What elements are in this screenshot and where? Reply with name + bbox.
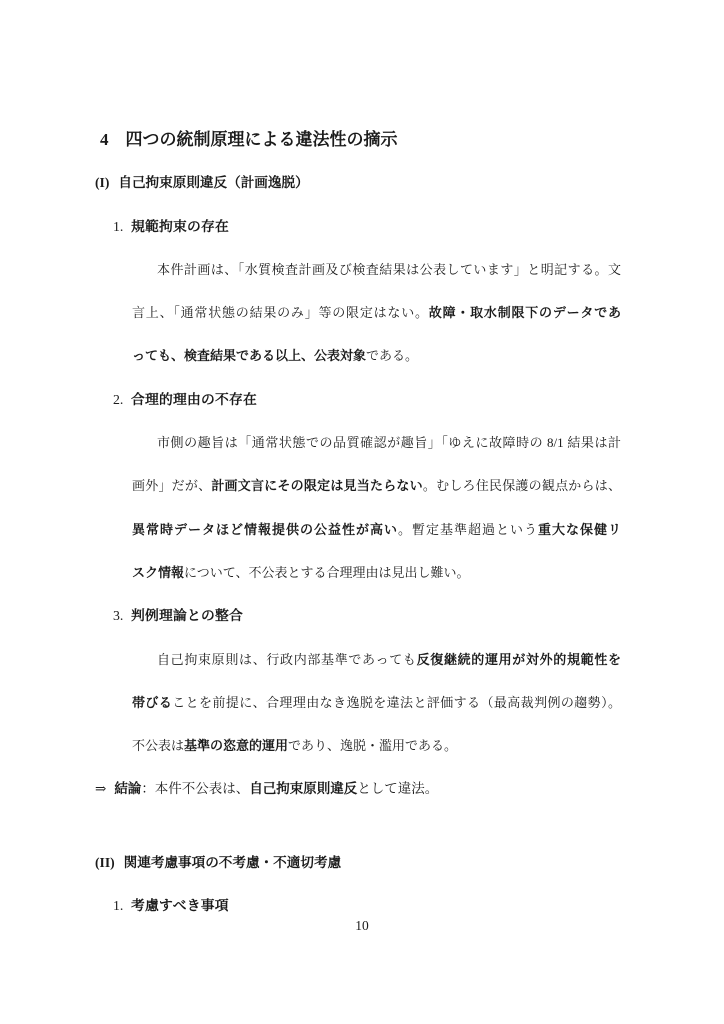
- text-segment: 4 四つの統制原理による違法性の摘示: [100, 130, 398, 149]
- list-label: (II): [95, 855, 115, 870]
- document-heading: 4 四つの統制原理による違法性の摘示: [100, 118, 724, 161]
- text-segment: 本件計画は、「水質検査計画及び検査結果は公表しています」と明記する。文: [157, 262, 621, 277]
- text-segment: 基準の恣意的運用: [184, 738, 288, 753]
- text-segment: 画外」だが、: [132, 478, 211, 493]
- text-segment: として違法。: [357, 781, 438, 796]
- text-segment: である。: [366, 348, 418, 363]
- text-segment: 考慮すべき事項: [131, 898, 229, 913]
- paragraph-line: 市側の趣旨は「通常状態での品質確認が趣旨」「ゆえに故障時の 8/1 結果は計: [132, 421, 621, 464]
- section-heading: (II)関連考慮事項の不考慮・不適切考慮: [95, 841, 724, 884]
- text-segment: 不公表は: [132, 738, 184, 753]
- text-segment: 故障・取水制限下のデータであ: [429, 305, 621, 320]
- text-segment: 判例理論との整合: [131, 608, 243, 623]
- paragraph-line: 自己拘束原則は、行政内部基準であっても反復継続的運用が対外的規範性を: [132, 638, 621, 681]
- numbered-item-heading: 3.判例理論との整合: [113, 594, 724, 637]
- paragraph-line: 本件計画は、「水質検査計画及び検査結果は公表しています」と明記する。文: [132, 248, 621, 291]
- section-heading: (I)自己拘束原則違反（計画逸脱）: [95, 161, 724, 204]
- paragraph-line: スク情報について、不公表とする合理理由は見出し難い。: [132, 551, 621, 594]
- text-segment: ：本件不公表は、: [141, 781, 249, 796]
- page-number: 10: [0, 916, 724, 936]
- text-segment: 自己拘束原則は、行政内部基準であっても: [157, 652, 417, 667]
- text-segment: について、不公表とする合理理由は見出し難い。: [184, 565, 469, 580]
- text-segment: 。むしろ住民保護の観点からは、: [423, 478, 621, 493]
- numbered-item-heading: 1.規範拘束の存在: [113, 205, 724, 248]
- paragraph-line: 異常時データほど情報提供の公益性が高い。暫定基準超過という重大な保健リ: [132, 508, 621, 551]
- text-segment: 異常時データほど情報提供の公益性が高い: [132, 522, 398, 537]
- text-segment: 自己拘束原則違反: [249, 781, 357, 796]
- text-segment: 規範拘束の存在: [131, 219, 229, 234]
- text-segment: 言上、「通常状態の結果のみ」等の限定はない。: [132, 305, 429, 320]
- text-segment: 関連考慮事項の不考慮・不適切考慮: [124, 855, 342, 870]
- text-segment: ことを前提に、合理理由なき逸脱を違法と評価する（最高裁判例の趨勢）。: [172, 695, 621, 710]
- paragraph-line: っても、検査結果である以上、公表対象である。: [132, 334, 621, 377]
- paragraph-line: 画外」だが、計画文言にその限定は見当たらない。むしろ住民保護の観点からは、: [132, 464, 621, 507]
- numbered-item-heading: 2.合理的理由の不存在: [113, 378, 724, 421]
- paragraph-line: 不公表は基準の恣意的運用であり、逸脱・濫用である。: [132, 724, 621, 767]
- text-segment: 重大な保健リ: [538, 522, 621, 537]
- text-segment: 計画文言にその限定は見当たらない: [211, 478, 423, 493]
- text-segment: 反復継続的運用が対外的規範性を: [417, 652, 621, 667]
- text-segment: スク情報: [132, 565, 184, 580]
- document-content: 4 四つの統制原理による違法性の摘示(I)自己拘束原則違反（計画逸脱）1.規範拘…: [0, 0, 724, 927]
- text-segment: 市側の趣旨は「通常状態での品質確認が趣旨」「ゆえに故障時の 8/1 結果は計: [157, 435, 621, 450]
- list-label: (I): [95, 175, 109, 190]
- list-label: 2.: [113, 378, 131, 421]
- text-segment: っても、検査結果である以上、公表対象: [132, 348, 366, 363]
- text-segment: 。暫定基準超過という: [398, 522, 538, 537]
- text-segment: 帯びる: [132, 695, 172, 710]
- paragraph-line: 言上、「通常状態の結果のみ」等の限定はない。故障・取水制限下のデータであ: [132, 291, 621, 334]
- text-segment: 自己拘束原則違反（計画逸脱）: [118, 175, 308, 190]
- list-label: 3.: [113, 594, 131, 637]
- text-segment: 結論: [114, 781, 141, 796]
- list-label: 1.: [113, 205, 131, 248]
- text-segment: 合理的理由の不存在: [131, 392, 257, 407]
- paragraph-line: 帯びることを前提に、合理理由なき逸脱を違法と評価する（最高裁判例の趨勢）。: [132, 681, 621, 724]
- conclusion-line: ⇒結論：本件不公表は、自己拘束原則違反として違法。: [95, 767, 724, 810]
- text-segment: であり、逸脱・濫用である。: [288, 738, 457, 753]
- document-page: 4 四つの統制原理による違法性の摘示(I)自己拘束原則違反（計画逸脱）1.規範拘…: [0, 0, 724, 1024]
- double-arrow-icon: ⇒: [95, 781, 106, 796]
